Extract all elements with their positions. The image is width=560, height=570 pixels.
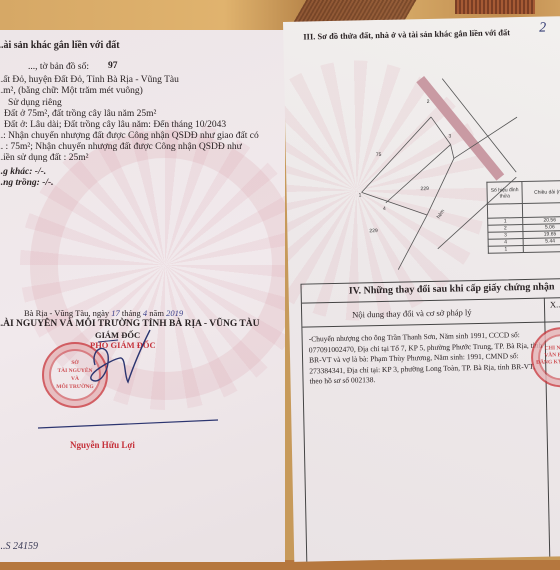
changes-section: IV. Những thay đổi sau khi cấp giấy chứn…: [300, 278, 560, 562]
certificate-left-page: ...ài sản khác gắn liền với đất ..., tờ …: [0, 30, 285, 562]
section4-heading: IV. Những thay đổi sau khi cấp giấy chứn…: [302, 280, 560, 297]
vertex-label: 3: [448, 133, 451, 139]
length-cell: [523, 244, 560, 252]
column-header-confirm: X...: [550, 299, 560, 309]
road-label: hẻm: [436, 208, 446, 219]
parcel-number: 229: [369, 228, 378, 234]
column-header-content: Nội dung thay đổi và cơ sở pháp lý: [352, 307, 472, 320]
table-row: 1: [488, 244, 560, 253]
handwritten-signature: [0, 30, 285, 562]
table-header: Chiều dài (m): [522, 180, 560, 203]
certificate-right-page: III. Sơ đồ thửa đất, nhà ở và tài sản kh…: [283, 16, 560, 562]
seal-text: VĂN PHÒNG: [533, 352, 560, 359]
seal-text: ĐĂNG KÝ ĐẤT ĐAI: [533, 359, 560, 366]
vertex-label: 4: [383, 206, 386, 212]
change-entry: -Chuyển nhượng cho ông Trần Thanh Sơn, N…: [309, 330, 546, 387]
background-grille: [455, 0, 535, 14]
signer-name: Nguyễn Hữu Lợi: [70, 440, 135, 450]
seal-text: CHI NHÁNH: [533, 345, 560, 352]
table-header: Số hiệu đỉnh thửa: [487, 182, 522, 205]
parcel-number: 75: [376, 152, 382, 158]
vertex-cell: 1: [488, 246, 523, 254]
parcel-number: 229: [420, 186, 429, 192]
serial-number: ...S 24159: [0, 541, 38, 552]
vertex-length-table: Số hiệu đỉnh thửa Chiều dài (m) 120.56 2…: [486, 180, 560, 254]
vertex-label: 1: [359, 192, 362, 198]
vertex-label: 2: [427, 99, 430, 105]
